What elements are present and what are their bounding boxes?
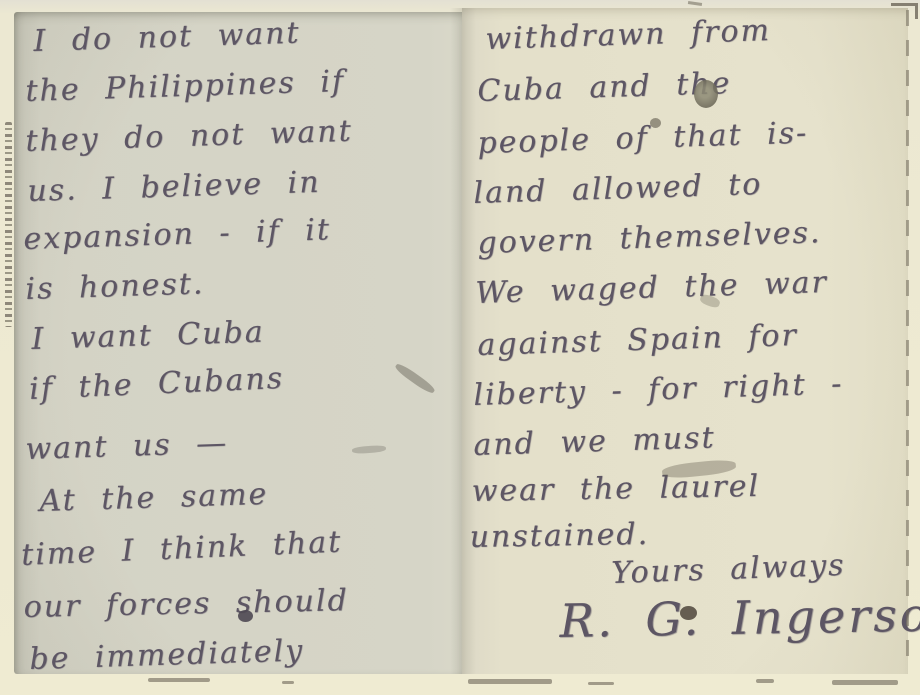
handwritten-line: liberty - for right -: [473, 366, 844, 413]
bottom-edge-mark: [148, 678, 210, 682]
ink-blot: [680, 606, 697, 620]
bottom-edge-mark: [282, 681, 294, 684]
handwritten-line: be immediately: [29, 633, 305, 677]
ink-blot: [694, 80, 718, 108]
letter-closing: Yours always: [611, 548, 846, 591]
page-fold-shadow: [450, 8, 476, 674]
letter-scan: I do not want the Philippines if they do…: [0, 0, 920, 695]
handwritten-line: I do not want: [33, 16, 301, 59]
handwritten-line: the Philippines if: [25, 64, 346, 109]
handwritten-line: and we must: [473, 420, 716, 463]
bottom-edge-mark: [468, 679, 552, 684]
top-right-corner-mark: [891, 3, 918, 19]
handwritten-line: people of that is-: [477, 116, 809, 161]
bottom-edge-mark: [832, 680, 898, 685]
letter-page-left: I do not want the Philippines if they do…: [14, 12, 462, 674]
handwritten-line: expansion - if it: [23, 212, 332, 257]
handwritten-line: against Spain for: [477, 318, 798, 363]
handwritten-line: Cuba and the: [477, 66, 732, 109]
handwritten-line: We waged the war: [475, 265, 828, 311]
handwritten-line: unstained.: [469, 517, 649, 555]
handwritten-line: is honest.: [25, 266, 205, 307]
handwritten-line: land allowed to: [473, 167, 763, 211]
top-edge-tick: [688, 1, 702, 6]
handwritten-line: want us —: [25, 426, 229, 467]
handwritten-line: time I think that: [21, 525, 343, 573]
ink-blot: [650, 118, 661, 128]
letter-signature: R. G. Ingersoll: [559, 587, 920, 648]
handwritten-line: govern themselves.: [477, 215, 822, 261]
handwritten-line: At the same: [39, 477, 269, 519]
handwritten-line: they do not want: [25, 114, 353, 159]
handwritten-line: if the Cubans: [28, 361, 284, 407]
letter-page-right: withdrawn from Cuba and the people of th…: [462, 8, 908, 674]
handwritten-line: withdrawn from: [485, 13, 772, 57]
bottom-edge-mark: [756, 679, 774, 683]
handwritten-line: us. I believe in: [27, 165, 321, 209]
handwritten-line: I want Cuba: [31, 315, 265, 357]
right-edge-marks: [906, 10, 909, 660]
bottom-edge-mark: [588, 682, 614, 685]
left-edge-specks: [5, 122, 12, 327]
handwritten-line: wear the laurel: [471, 469, 760, 509]
ink-blot: [238, 610, 253, 622]
handwritten-line: our forces should: [23, 583, 349, 625]
